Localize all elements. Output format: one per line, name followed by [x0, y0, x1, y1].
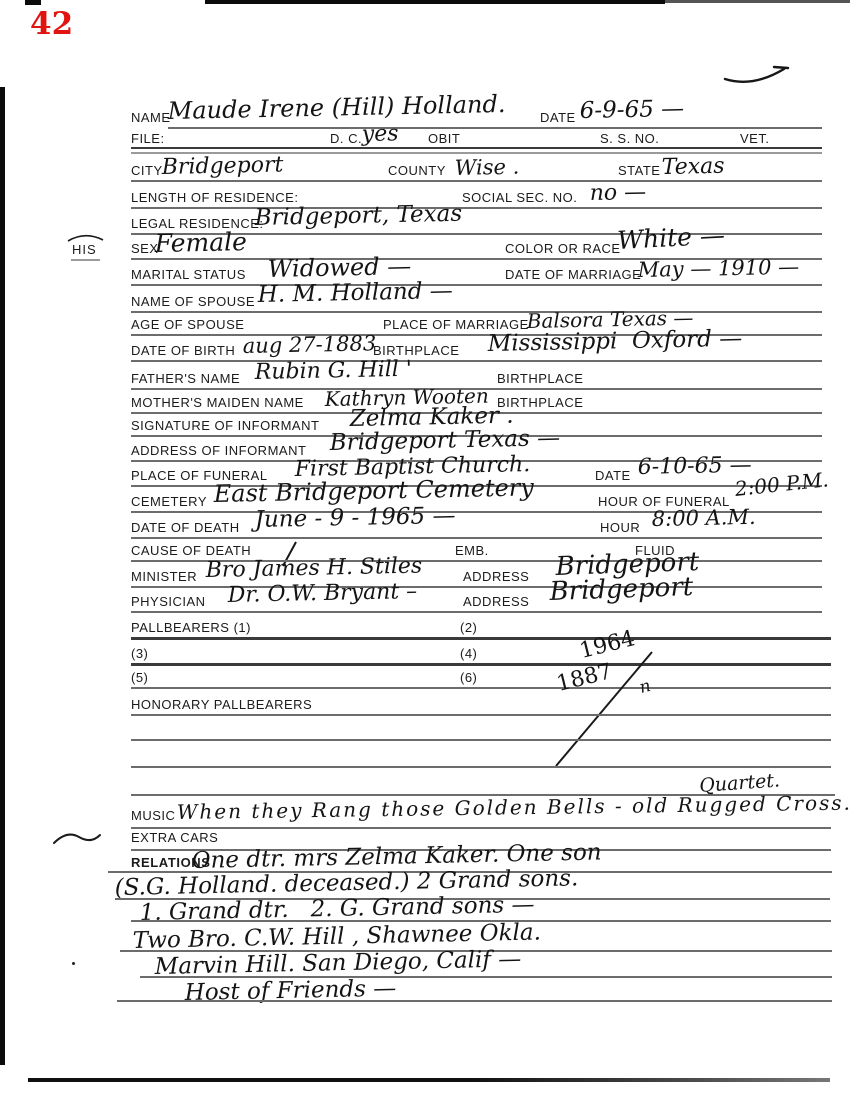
scan-edge-strip [205, 0, 665, 4]
address-of-informant-value: Bridgeport Texas — [330, 427, 561, 455]
city-label: CITY [131, 163, 163, 178]
his-margin-arc [66, 231, 106, 242]
rule [131, 537, 822, 539]
name-label: NAME [131, 110, 171, 125]
date-of-marriage-label: DATE OF MARRIAGE [505, 267, 641, 282]
rule [131, 360, 822, 362]
state-label: STATE [618, 163, 660, 178]
death-hour-value: 8:00 A.M. [652, 507, 756, 530]
father-birthplace-label: BIRTHPLACE [497, 371, 583, 386]
minister-value: Bro James H. Stiles [206, 555, 423, 582]
physician-address-label: ADDRESS [463, 594, 529, 609]
rule [131, 180, 822, 182]
scan-left-edge-bar [0, 87, 5, 1065]
cemetery-value: East Bridgeport Cemetery [213, 475, 534, 506]
rule [131, 207, 822, 209]
legal-residence-value: Bridgeport, Texas [255, 203, 463, 230]
date-of-death-value: June - 9 - 1965 — [255, 505, 456, 532]
pen-long-slash-mark [548, 642, 663, 770]
vet-label: VET. [740, 131, 769, 146]
his-margin-note: HIS [72, 242, 97, 257]
sex-value: Female [154, 229, 247, 256]
color-or-race-label: COLOR OR RACE [505, 241, 621, 256]
rule [131, 827, 831, 829]
funeral-date-value: 6-10-65 — [638, 455, 752, 479]
fathers-name-label: FATHER'S NAME [131, 371, 240, 386]
scan-bottom-bar [28, 1078, 830, 1082]
pallbearers-1-label: PALLBEARERS (1) [131, 620, 251, 635]
rule [117, 1000, 832, 1002]
county-label: COUNTY [388, 163, 446, 178]
rule [168, 127, 822, 129]
cemetery-label: CEMETERY [131, 494, 207, 509]
signature-of-informant-label: SIGNATURE OF INFORMANT [131, 418, 319, 433]
death-hour-label: HOUR [600, 520, 640, 535]
birthplace-label: BIRTHPLACE [373, 343, 459, 358]
name-of-spouse-label: NAME OF SPOUSE [131, 294, 255, 309]
pallbearers-4-label: (4) [460, 646, 477, 661]
music-value: When they Rang those Golden Bells - old … [177, 793, 850, 822]
pallbearers-2-label: (2) [460, 620, 477, 635]
music-label: MUSIC [131, 808, 175, 823]
social-sec-label: SOCIAL SEC. NO. [462, 190, 577, 205]
physician-value: Dr. O.W. Bryant – [228, 581, 418, 607]
pallbearers-3-label: (3) [131, 646, 148, 661]
honorary-pallbearers-label: HONORARY PALLBEARERS [131, 697, 312, 712]
funeral-date-label: DATE [595, 468, 631, 483]
date-of-birth-value: aug 27-1883 [243, 333, 377, 357]
marital-status-label: MARITAL STATUS [131, 267, 246, 282]
state-value: Texas [662, 156, 725, 179]
date-value: 6-9-65 — [580, 98, 685, 123]
social-sec-value: no — [590, 182, 647, 205]
dc-value: yes [362, 123, 399, 146]
county-value: Wise . [455, 157, 520, 179]
relations-line-5: Marvin Hill. San Diego, Calif — [155, 948, 522, 979]
rule [131, 284, 822, 286]
physician-label: PHYSICIAN [131, 594, 206, 609]
page-number: 42 [30, 6, 73, 42]
color-or-race-value: White — [617, 222, 726, 253]
pen-swoosh-mark [722, 62, 792, 88]
cause-of-death-label: CAUSE OF DEATH [131, 543, 251, 558]
emb-label: EMB. [455, 543, 489, 558]
pen-curve-mark [52, 828, 102, 848]
file-label: FILE: [131, 131, 165, 146]
name-of-spouse-value: H. M. Holland — [258, 280, 453, 307]
scanned-form-page: 42 NAME Maude Irene (Hill) Holland. DATE… [0, 0, 850, 1100]
dc-label: D. C. [330, 131, 362, 146]
rule [140, 976, 832, 978]
pallbearers-6-label: (6) [460, 670, 477, 685]
rule [131, 147, 822, 149]
rule [131, 663, 831, 666]
extra-cars-label: EXTRA CARS [131, 830, 218, 845]
minister-address-label: ADDRESS [463, 569, 529, 584]
rule [131, 687, 831, 689]
pen-dot-mark [72, 962, 75, 965]
minister-label: MINISTER [131, 569, 197, 584]
fathers-name-value: Rubin G. Hill ' [255, 359, 413, 384]
his-underline [71, 259, 100, 261]
scan-edge-strip-2 [665, 0, 850, 3]
date-of-marriage-value: May — 1910 — [638, 257, 800, 281]
marital-status-value: Widowed — [267, 254, 411, 281]
physician-address-value: Bridgeport [549, 574, 694, 605]
birthplace-value: Mississippi Oxford — [488, 328, 743, 356]
rule [131, 714, 831, 716]
obit-label: OBIT [428, 131, 460, 146]
pallbearers-5-label: (5) [131, 670, 148, 685]
rule [131, 766, 831, 768]
rule [131, 311, 822, 313]
age-of-spouse-label: AGE OF SPOUSE [131, 317, 244, 332]
date-label: DATE [540, 110, 576, 125]
length-of-residence-label: LENGTH OF RESIDENCE: [131, 190, 298, 205]
rule [131, 637, 831, 640]
mothers-maiden-name-label: MOTHER'S MAIDEN NAME [131, 395, 304, 410]
scan-edge-mark [25, 0, 41, 5]
name-value: Maude Irene (Hill) Holland. [167, 92, 505, 123]
date-of-death-label: DATE OF DEATH [131, 520, 240, 535]
ssno-label: S. S. NO. [600, 131, 659, 146]
address-of-informant-label: ADDRESS OF INFORMANT [131, 443, 306, 458]
city-value: Bridgeport [162, 154, 284, 179]
rule [131, 739, 831, 741]
date-of-birth-label: DATE OF BIRTH [131, 343, 235, 358]
rule [131, 611, 822, 613]
